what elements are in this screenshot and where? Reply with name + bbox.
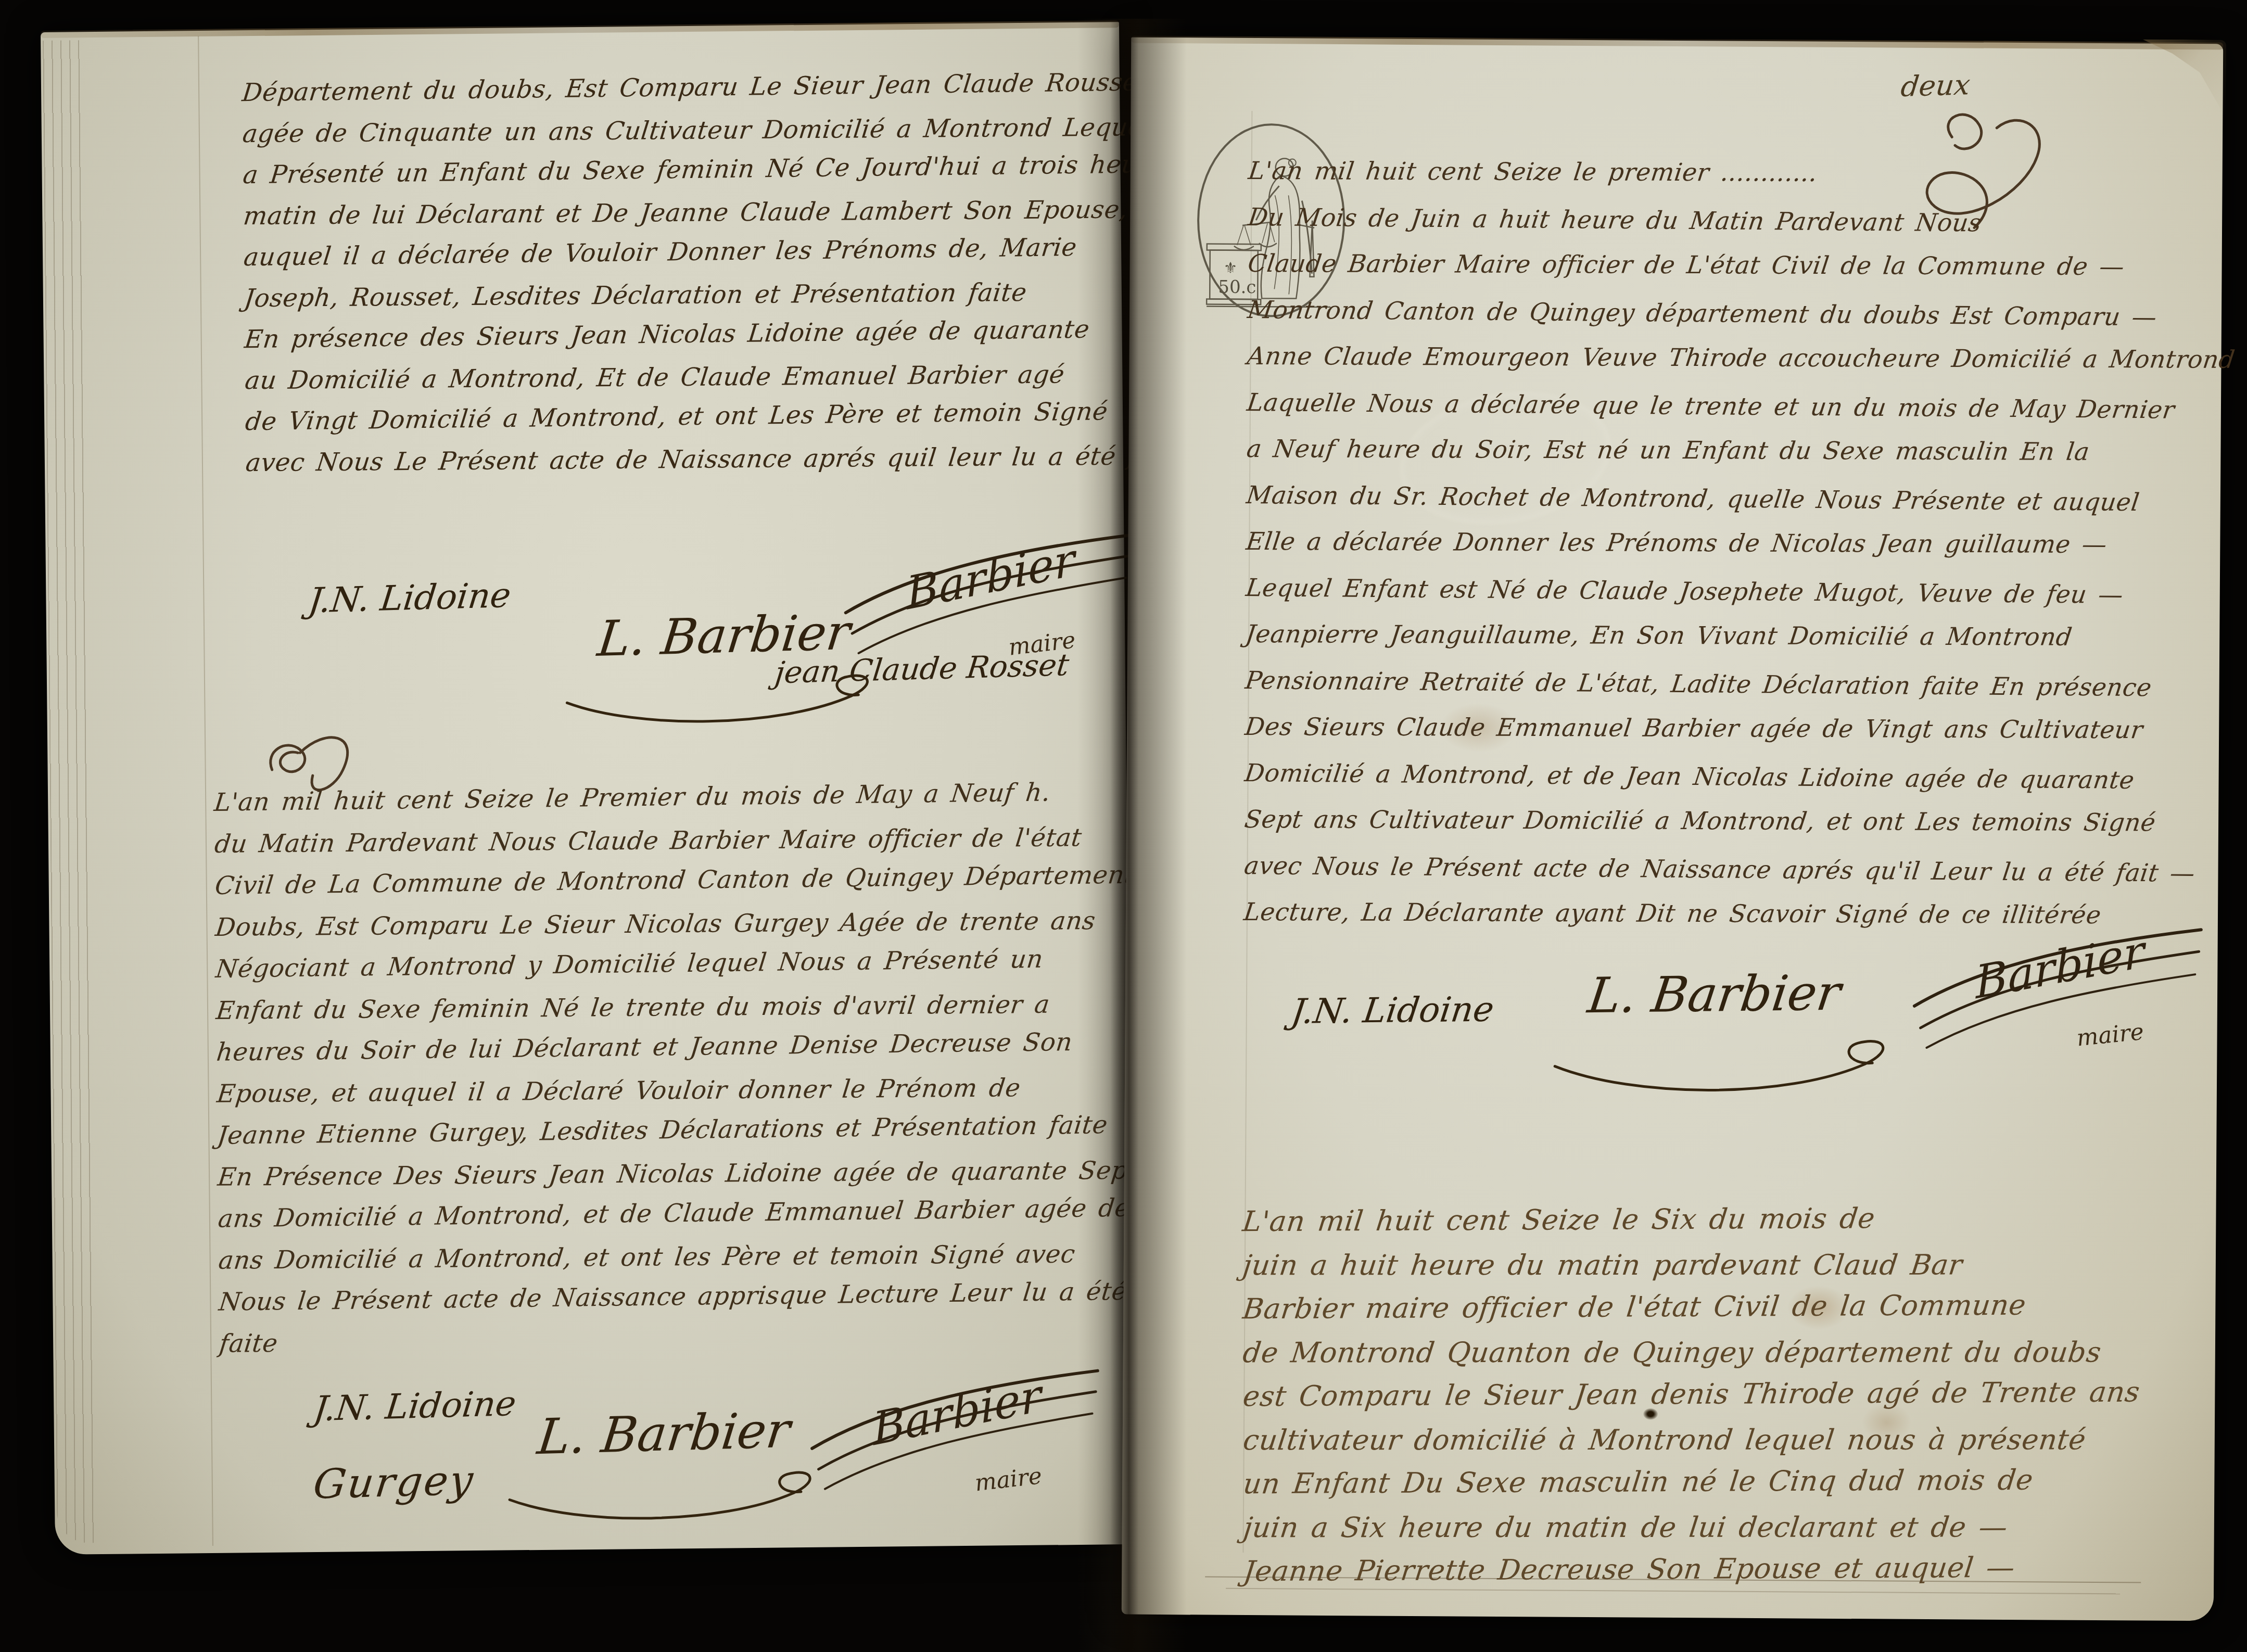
manuscript-line: Maison du Sr. Rochet de Montrond, quelle…: [1242, 481, 2185, 535]
paraph-strokes-icon: [1911, 912, 2203, 1091]
manuscript-line: Elle a déclarée Donner les Prénoms de Ni…: [1242, 527, 2186, 577]
left-acte1-text: Département du doubs, Est Comparu Le Sie…: [242, 70, 1110, 489]
manuscript-line: Jeanpierre Jeanguillaume, En Son Vivant …: [1242, 620, 2185, 670]
paraph-strokes-icon: [808, 1357, 1101, 1527]
signature-flourish-icon: [502, 1465, 836, 1541]
manuscript-line: a Neuf heure du Soir, Est né un Enfant d…: [1243, 435, 2186, 485]
right-acte1-text: L'an mil huit cent Seize le premier ....…: [1243, 157, 2185, 950]
manuscript-line: un Enfant Du Sexe masculin né le Cinq du…: [1240, 1463, 2120, 1511]
manuscript-line: de Montrond Quanton de Quingey départeme…: [1240, 1336, 2119, 1380]
manuscript-line: est Comparu le Sieur Jean denis Thirode …: [1240, 1376, 2119, 1424]
ink-blot: [1643, 1408, 1658, 1420]
manuscript-line: Claude Barbier Maire officier de L'état …: [1244, 249, 2187, 299]
right-page: deux: [1122, 37, 2223, 1621]
mayor-signature-paraph: Barbier maire: [1911, 912, 2203, 1091]
manuscript-line: juin a huit heure du matin pardevant Cla…: [1240, 1248, 2119, 1292]
manuscript-line: avec Nous le Présent acte de Naissance a…: [1240, 852, 2183, 906]
manuscript-line: Sept ans Cultivateur Domicilié a Montron…: [1240, 805, 2183, 855]
manuscript-line: Lequel Enfant est Né de Claude Josephete…: [1242, 574, 2185, 628]
signature-lidoine: J.N. Lidoine: [1289, 989, 1496, 1032]
manuscript-line: Du Mois de Juin a huit heure du Matin Pa…: [1244, 203, 2187, 257]
page-edge-stack: [43, 40, 96, 1543]
manuscript-line: L'an mil huit cent Seize le Six du mois …: [1239, 1201, 2119, 1249]
signature-lidoine: J.N. Lidoine: [307, 575, 513, 621]
manuscript-line: juin a Six heure du matin de lui declara…: [1240, 1510, 2120, 1555]
signature-l-barbier: L. Barbier: [535, 1402, 793, 1466]
manuscript-line: Anne Claude Emourgeon Veuve Thirode acco…: [1243, 342, 2187, 392]
manuscript-line: Barbier maire officier de l'état Civil d…: [1240, 1288, 2119, 1337]
mayor-signature-paraph: Barbier maire: [808, 1357, 1101, 1527]
fleur-de-lis-icon: ⚜: [1223, 259, 1237, 277]
signature-gurgey: Gurgey: [311, 1457, 477, 1508]
manuscript-line: avec Nous Le Présent acte de Naissance a…: [243, 442, 1112, 490]
margin-rule: [198, 36, 213, 1546]
manuscript-line: Montrond Canton de Quingey département d…: [1243, 296, 2186, 350]
signature-lidoine: J.N. Lidoine: [312, 1383, 518, 1429]
manuscript-line: Domicilié a Montrond, et de Jean Nicolas…: [1241, 759, 2183, 813]
folio-word: deux: [1899, 68, 1972, 103]
manuscript-line: Jeanne Pierrette Decreuse Son Epouse et …: [1240, 1551, 2120, 1599]
manuscript-line: Des Sieurs Claude Emmanuel Barbier agée …: [1241, 713, 2184, 763]
left-acte2-text: L'an mil huit cent Seize le Premier du m…: [213, 780, 1104, 1371]
registry-book-photo: Département du doubs, Est Comparu Le Sie…: [0, 0, 2247, 1652]
manuscript-line: Laquelle Nous a déclarée que le trente e…: [1243, 388, 2186, 442]
signature-l-barbier: L. Barbier: [1584, 965, 1844, 1024]
manuscript-line: cultivateur domicilié à Montrond lequel …: [1240, 1423, 2119, 1467]
torn-corner: [2106, 39, 2226, 118]
manuscript-line: L'an mil huit cent Seize le premier ....…: [1245, 157, 2188, 207]
right-acte2-text: L'an mil huit cent Seize le Six du mois …: [1242, 1203, 2117, 1598]
manuscript-line: Département du doubs, Est Comparu Le Sie…: [239, 68, 1108, 119]
signature-flourish-icon: [1546, 1032, 1911, 1117]
manuscript-line: Pensionnaire Retraité de L'état, Ladite …: [1241, 666, 2184, 720]
left-page: Département du doubs, Est Comparu Le Sie…: [41, 22, 1134, 1555]
